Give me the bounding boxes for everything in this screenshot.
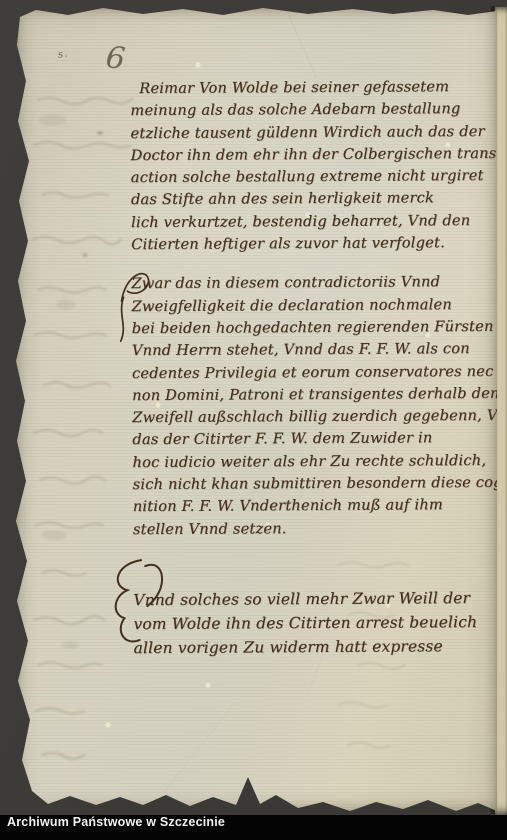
manuscript-line: allen vorigen Zu widerm hatt expresse [134,634,506,660]
manuscript-line: meinung als das solche Adebarn bestallun… [130,98,502,123]
manuscript-line: das Stifte ahn des sein herligkeit merck [131,187,503,212]
manuscript-line: Vnnd solches so viell mehr Zwar Weill de… [133,586,505,612]
manuscript-line: vom Wolde ihn des Citirten arrest beueli… [133,610,505,636]
manuscript-line: Zweifell außschlach billig zuerdich gege… [132,405,504,430]
manuscript-paragraph-1: Reimar Von Wolde bei seiner gefassetem m… [130,76,503,257]
manuscript-line: Zweigfelligkeit die declaration nochmale… [132,294,504,319]
manuscript-line: lich verkurtzet, bestendig beharret, Vnd… [131,210,503,235]
manuscript-line: das der Citirter F. F. W. dem Zuwider in [132,427,504,452]
manuscript-text-block: Reimar Von Wolde bei seiner gefassetem m… [130,76,506,677]
manuscript-line: cedentes Privilegia et eorum conservator… [132,360,504,385]
archive-name-label: Archiwum Państwowe w Szczecinie [0,815,507,829]
manuscript-line: Vnnd Herrn stehet, Vnnd das F. F. W. als… [132,338,504,363]
manuscript-line: Doctor ihn dem ehr ihn der Colbergischen… [131,143,503,168]
manuscript-line: Citierten heftiger als zuvor hat verfolg… [131,232,503,257]
manuscript-paragraph-2: Zwar das in diesem contradictoriis Vnnd … [131,271,505,541]
manuscript-line: sich nicht khan submittiren besondern di… [133,472,505,497]
manuscript-line: nition F. F. W. Vnderthenich muß auf ihm [133,494,505,519]
archive-watermark-bar: Archiwum Państwowe w Szczecinie [0,815,507,840]
manuscript-line: bei beiden hochgedachten regierenden Für… [132,316,504,341]
archive-scan-viewport: s. 6 Reimar Von Wolde bei seiner gefasse… [0,0,507,840]
manuscript-line: hoc iudicio weiter als ehr Zu rechte sch… [132,450,504,475]
manuscript-line: Reimar Von Wolde bei seiner gefassetem [130,76,502,101]
folio-number: 6 [104,40,127,77]
manuscript-line: stellen Vnnd setzen. [133,517,505,542]
manuscript-line: Zwar das in diesem contradictoriis Vnnd [131,271,503,296]
manuscript-line: non Domini, Patroni et transigentes derh… [132,383,504,408]
manuscript-line: action solche bestallung extreme nicht u… [131,165,503,190]
manuscript-page: s. 6 Reimar Von Wolde bei seiner gefasse… [8,5,498,817]
corner-mark: s. [57,48,69,60]
manuscript-line: etzliche tausent güldenn Wirdich auch da… [130,120,502,145]
manuscript-paragraph-3: Vnnd solches so viell mehr Zwar Weill de… [133,586,505,660]
